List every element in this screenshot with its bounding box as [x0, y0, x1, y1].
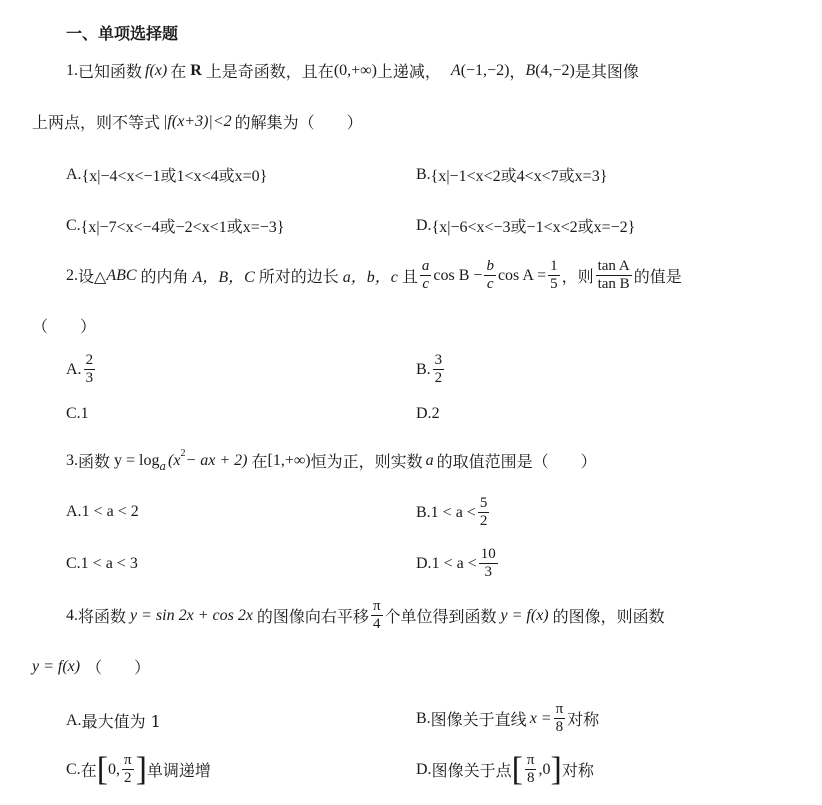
- option-label: D.: [416, 555, 432, 573]
- option-text: 图像关于直线: [431, 707, 527, 730]
- q2-sides: a，b，c: [343, 264, 398, 287]
- fraction-tan-ratio: tan A tan B: [596, 258, 632, 293]
- cos-b: cos B −: [433, 267, 482, 285]
- q4-option-a[interactable]: A. 最大值为 1: [66, 709, 161, 732]
- option-label: C.: [66, 217, 81, 235]
- option-label: D.: [416, 761, 432, 779]
- q3-text: 在: [252, 449, 268, 472]
- q4-text: 将函数: [78, 604, 126, 627]
- option-fraction: 10 3: [479, 546, 498, 581]
- option-text: 1 < a <: [431, 504, 476, 522]
- left-bracket: [: [512, 753, 523, 787]
- q3-exponent: 2: [180, 448, 185, 459]
- question-1-line-2: 上两点，则不等式 |f(x+3)|<2 的解集为（ ）: [32, 110, 363, 133]
- option-text: 1 < a < 2: [82, 503, 139, 521]
- option-text: 1 < a <: [432, 555, 477, 573]
- option-math: x =: [530, 710, 552, 728]
- q1-text: 上是奇函数，且在: [206, 59, 334, 82]
- q1-fx: f(x): [145, 62, 167, 80]
- q4-fx: y = f(x): [32, 658, 80, 676]
- section-title-text: 一、单项选择题: [66, 21, 178, 44]
- numerator: tan A: [596, 258, 632, 276]
- denominator: 2: [122, 770, 134, 787]
- q1-text: 上递减，: [377, 59, 441, 82]
- option-text: {x|−7<x<−4或−2<x<1或x=−3}: [81, 214, 285, 237]
- q2-option-b[interactable]: B. 3 2: [416, 352, 446, 387]
- option-text: {x|−6<x<−3或−1<x<2或x=−2}: [432, 214, 636, 237]
- q3-argument-rest: − ax + 2): [185, 452, 247, 470]
- denominator: c: [420, 276, 431, 293]
- q2-text: 的值是: [634, 264, 682, 287]
- q4-fx: y = f(x): [501, 607, 549, 625]
- question-number: 1.: [66, 62, 78, 80]
- q3-argument: (x: [168, 452, 180, 470]
- q1-interval: (0,+∞): [334, 62, 377, 80]
- cos-a: cos A =: [498, 267, 546, 285]
- option-label: A.: [66, 712, 82, 730]
- q4-text: 的图像，则函数: [553, 604, 665, 627]
- denominator: 3: [482, 564, 494, 581]
- fraction-pi-over-4: π 4: [371, 598, 383, 633]
- question-number: 2.: [66, 267, 78, 285]
- q2-option-d[interactable]: D. 2: [416, 405, 440, 423]
- q3-log-base: a: [159, 460, 166, 473]
- q3-text: 函数: [78, 449, 110, 472]
- option-text: 对称: [562, 758, 594, 781]
- q2-text: 且: [402, 264, 418, 287]
- option-text: 对称: [567, 707, 599, 730]
- q1-text: 已知函数: [78, 59, 142, 82]
- q1-text: 在: [170, 59, 186, 82]
- numerator: π: [371, 598, 383, 616]
- numerator: π: [122, 752, 134, 770]
- left-bracket: [: [97, 753, 108, 787]
- q2-angles: A，B，C: [193, 264, 255, 287]
- option-fraction: π 8: [525, 752, 537, 787]
- option-fraction: 2 3: [84, 352, 96, 387]
- q1-option-b[interactable]: B. {x|−1<x<2或4<x<7或x=3}: [416, 163, 607, 186]
- option-text: 1: [81, 405, 89, 423]
- q4-option-c[interactable]: C. 在 [ 0, π 2 ] 单调递增: [66, 752, 211, 787]
- q4-text: 个单位得到函数: [385, 604, 497, 627]
- option-label: C.: [66, 405, 81, 423]
- numerator: 1: [548, 258, 560, 276]
- numerator: 2: [84, 352, 96, 370]
- denominator: 8: [525, 770, 537, 787]
- q1-option-d[interactable]: D. {x|−6<x<−3或−1<x<2或x=−2}: [416, 214, 635, 237]
- q1-inequality: |f(x+3)|<2: [163, 113, 232, 131]
- fraction-one-fifth: 1 5: [548, 258, 560, 293]
- question-1-line-1: 1. 已知函数 f(x) 在 R 上是奇函数，且在 (0,+∞) 上递减， A …: [66, 59, 639, 82]
- denominator: 3: [84, 370, 96, 387]
- option-text: 1 < a < 3: [81, 555, 138, 573]
- right-bracket: ]: [136, 753, 147, 787]
- option-label: A.: [66, 166, 82, 184]
- numerator: a: [420, 258, 432, 276]
- q2-option-a[interactable]: A. 2 3: [66, 352, 97, 387]
- option-text: 图像关于点: [432, 758, 512, 781]
- option-label: B.: [416, 166, 431, 184]
- q2-text: 设△: [78, 264, 106, 287]
- q3-variable: a: [426, 452, 434, 470]
- question-2-line-1: 2. 设△ ABC 的内角 A，B，C 所对的边长 a，b，c 且 a c co…: [66, 258, 682, 293]
- answer-blank: （ ）: [86, 655, 150, 678]
- q2-triangle: ABC: [106, 267, 136, 285]
- q2-text: ，则: [562, 264, 594, 287]
- question-4-line-1: 4. 将函数 y = sin 2x + cos 2x 的图像向右平移 π 4 个…: [66, 598, 665, 633]
- denominator: 4: [371, 616, 383, 633]
- option-fraction: π 2: [122, 752, 134, 787]
- option-label: D.: [416, 217, 432, 235]
- denominator: 8: [554, 719, 566, 736]
- point-b-coords: (4,−2): [535, 62, 575, 80]
- q3-option-d[interactable]: D. 1 < a < 10 3: [416, 546, 500, 581]
- numerator: 3: [433, 352, 445, 370]
- point-a-label: A: [451, 62, 461, 80]
- option-text: 2: [432, 405, 440, 423]
- option-text: {x|−1<x<2或4<x<7或x=3}: [431, 163, 608, 186]
- option-text: 最大值为 1: [82, 709, 161, 732]
- option-fraction: 3 2: [433, 352, 445, 387]
- right-bracket: ]: [550, 753, 561, 787]
- question-4-line-2: y = f(x) （ ）: [32, 655, 150, 678]
- denominator: 2: [478, 513, 490, 530]
- option-text: {x|−4<x<−1或1<x<4或x=0}: [82, 163, 268, 186]
- option-label: B.: [416, 361, 431, 379]
- option-math: 0,: [108, 761, 120, 779]
- question-number: 4.: [66, 607, 78, 625]
- q3-interval: [1,+∞): [268, 452, 311, 470]
- q2-text: 的内角: [141, 264, 189, 287]
- option-math: ,0: [538, 761, 550, 779]
- denominator: 5: [548, 276, 560, 293]
- option-label: D.: [416, 405, 432, 423]
- numerator: b: [484, 258, 496, 276]
- q4-text: 的图像向右平移: [257, 604, 369, 627]
- q4-option-d[interactable]: D. 图像关于点 [ π 8 ,0 ] 对称: [416, 752, 594, 787]
- section-title: 一、单项选择题: [66, 21, 178, 44]
- q2-option-c[interactable]: C. 1: [66, 405, 89, 423]
- option-label: A.: [66, 503, 82, 521]
- question-3-line-1: 3. 函数 y = log a (x 2 − ax + 2) 在 [1,+∞) …: [66, 449, 597, 472]
- q1-R: R: [190, 62, 202, 80]
- answer-blank: （ ）: [32, 314, 96, 337]
- q1-option-a[interactable]: A. {x|−4<x<−1或1<x<4或x=0}: [66, 163, 267, 186]
- q3-text: 恒为正，则实数: [311, 449, 423, 472]
- option-text: 单调递增: [147, 758, 211, 781]
- numerator: 10: [479, 546, 498, 564]
- q1-option-c[interactable]: C. {x|−7<x<−4或−2<x<1或x=−3}: [66, 214, 284, 237]
- q3-option-b[interactable]: B. 1 < a < 5 2: [416, 495, 491, 530]
- numerator: 5: [478, 495, 490, 513]
- numerator: π: [554, 701, 566, 719]
- option-label: C.: [66, 761, 81, 779]
- point-a-coords: (−1,−2): [461, 62, 510, 80]
- q2-text: 所对的边长: [259, 264, 339, 287]
- option-text: 在: [81, 758, 97, 781]
- option-fraction: 5 2: [478, 495, 490, 530]
- option-fraction: π 8: [554, 701, 566, 736]
- point-b-label: B: [525, 62, 535, 80]
- fraction-b-over-c: b c: [484, 258, 496, 293]
- q3-option-a[interactable]: A. 1 < a < 2: [66, 503, 139, 521]
- q1-text: 的解集为（ ）: [235, 110, 363, 133]
- option-label: C.: [66, 555, 81, 573]
- numerator: π: [525, 752, 537, 770]
- option-label: A.: [66, 361, 82, 379]
- q3-log: y = log: [114, 452, 159, 470]
- option-label: B.: [416, 710, 431, 728]
- q1-text: 上两点，则不等式: [32, 110, 160, 133]
- option-label: B.: [416, 504, 431, 522]
- q4-option-b[interactable]: B. 图像关于直线 x = π 8 对称: [416, 701, 599, 736]
- question-2-line-2: （ ）: [32, 314, 96, 337]
- q1-text: 是其图像: [575, 59, 639, 82]
- q4-function: y = sin 2x + cos 2x: [130, 607, 253, 625]
- fraction-a-over-c: a c: [420, 258, 432, 293]
- separator: ，: [509, 59, 525, 82]
- denominator: c: [485, 276, 496, 293]
- question-number: 3.: [66, 452, 78, 470]
- denominator: tan B: [596, 276, 632, 293]
- q3-option-c[interactable]: C. 1 < a < 3: [66, 555, 138, 573]
- denominator: 2: [433, 370, 445, 387]
- q3-text: 的取值范围是（ ）: [437, 449, 597, 472]
